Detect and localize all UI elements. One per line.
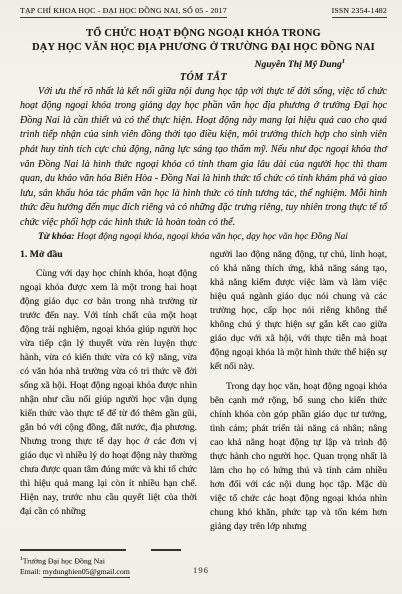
keywords-text: Hoạt động ngoại khóa, ngoại khóa văn học… — [75, 232, 348, 242]
keywords-label: Từ khóa: — [38, 232, 75, 242]
author-name: Nguyễn Thị Mỹ Dung — [255, 59, 342, 70]
left-column-paragraph: Cùng với dạy học chính khóa, hoạt động n… — [20, 267, 197, 519]
author-footnote-marker: 1 — [342, 58, 345, 65]
author-line: Nguyễn Thị Mỹ Dung1 — [20, 58, 387, 70]
body-two-columns: 1. Mở đầu Cùng với dạy học chính khóa, h… — [20, 248, 387, 544]
footnote-affiliation: Trường Đại học Đồng Nai — [23, 556, 105, 565]
body-column-left: 1. Mở đầu Cùng với dạy học chính khóa, h… — [20, 248, 197, 544]
right-column-paragraph-1: người lao động năng động, tự chủ, linh h… — [210, 248, 387, 374]
page-number: 196 — [0, 565, 402, 575]
article-title-line1: TỔ CHỨC HOẠT ĐỘNG NGOẠI KHÓA TRONG — [20, 27, 387, 42]
article-title-line2: DẠY HỌC VĂN HỌC ĐỊA PHƯƠNG Ở TRƯỜNG ĐẠI … — [20, 41, 387, 56]
body-column-right: người lao động năng động, tự chủ, linh h… — [210, 248, 387, 544]
journal-name: TẠP CHÍ KHOA HỌC - ĐẠI HỌC ĐỒNG NAI, SỐ … — [20, 6, 227, 18]
footnote-rule-left — [20, 549, 126, 551]
abstract-text: Với ưu thế rõ nhất là kết nối giữa nội d… — [20, 85, 387, 231]
right-column-paragraph-2: Trong dạy học văn, hoạt động ngoại khóa … — [210, 380, 387, 534]
scanned-paper-page: TẠP CHÍ KHOA HỌC - ĐẠI HỌC ĐỒNG NAI, SỐ … — [0, 0, 402, 594]
article-title: TỔ CHỨC HOẠT ĐỘNG NGOẠI KHÓA TRONG DẠY H… — [20, 27, 387, 56]
running-header: TẠP CHÍ KHOA HỌC - ĐẠI HỌC ĐỒNG NAI, SỐ … — [20, 6, 387, 18]
footnote-rule-right — [151, 549, 181, 551]
section-1-heading: 1. Mở đầu — [20, 248, 197, 262]
footnote-separator — [20, 549, 181, 551]
keywords-line: Từ khóa: Hoạt động ngoại khóa, ngoại khó… — [20, 232, 387, 242]
issn-number: ISSN 2354-1482 — [332, 6, 387, 18]
abstract-heading: TÓM TẮT — [20, 72, 387, 83]
